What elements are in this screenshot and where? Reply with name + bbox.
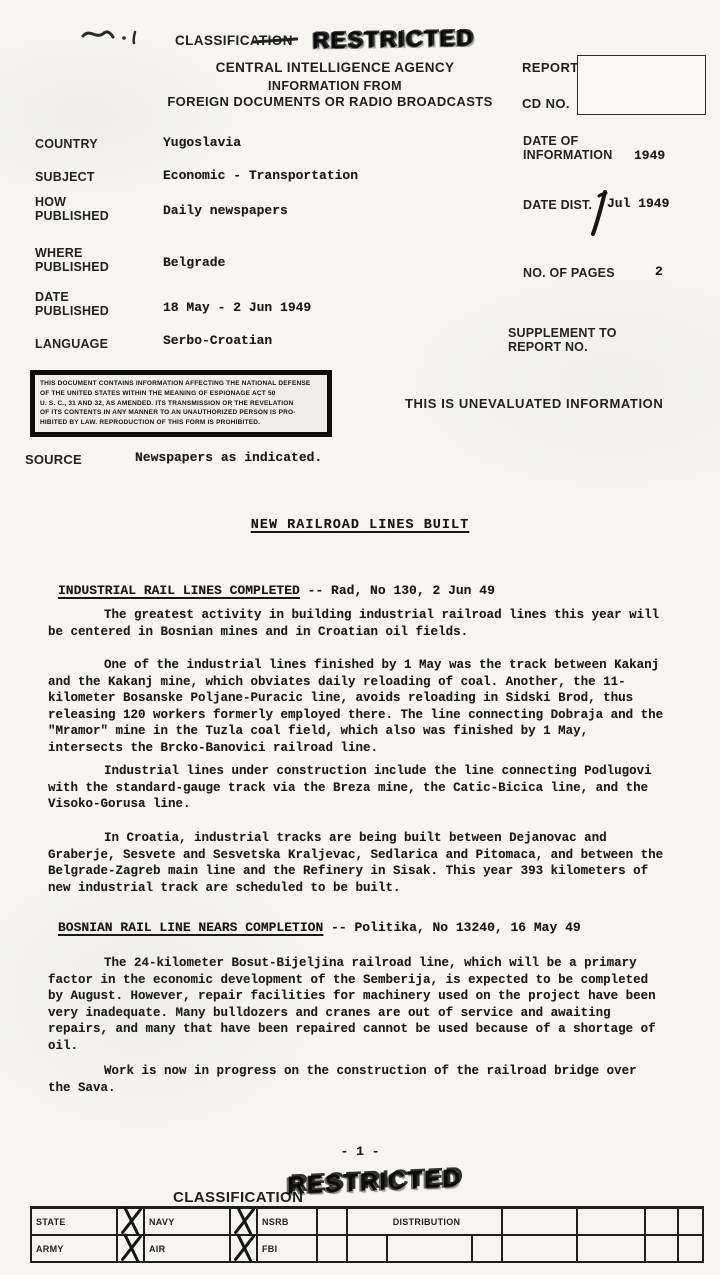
- warning-line: U. S. C., 31 AND 32, AS AMENDED. ITS TRA…: [40, 399, 322, 409]
- date-of-information-value: 1949: [634, 148, 665, 163]
- warning-line: OF THE UNITED STATES WITHIN THE MEANING …: [40, 389, 322, 399]
- table-row: STATE NAVY NSRB DISTRIBUTION: [31, 1208, 703, 1236]
- check-x-mark: [118, 1231, 143, 1265]
- dist-empty-cell: [678, 1208, 703, 1236]
- section-1-heading-source: -- Rad, No 130, 2 Jun 49: [300, 583, 495, 598]
- dist-checkbox-air: [230, 1235, 257, 1262]
- dist-cell-army: ARMY: [31, 1235, 117, 1262]
- dist-empty-cell: [387, 1235, 472, 1262]
- handwritten-squiggle: [80, 24, 144, 48]
- dist-cell-nsrb: NSRB: [257, 1208, 317, 1236]
- language-value: Serbo-Croatian: [163, 333, 272, 348]
- info-from-line1: INFORMATION FROM: [165, 79, 505, 93]
- dist-empty-cell: [472, 1235, 502, 1262]
- handwritten-date-mark: [589, 190, 609, 236]
- dist-empty-cell: [347, 1235, 387, 1262]
- unevaluated-note: THIS IS UNEVALUATED INFORMATION: [405, 396, 663, 411]
- warning-line: HIBITED BY LAW. REPRODUCTION OF THIS FOR…: [40, 418, 322, 428]
- how-published-value: Daily newspapers: [163, 203, 288, 218]
- cd-no-label: CD NO.: [522, 96, 570, 111]
- warning-line: OF ITS CONTENTS IN ANY MANNER TO AN UNAU…: [40, 408, 322, 418]
- source-label: SOURCE: [25, 452, 82, 467]
- no-of-pages-value: 2: [655, 264, 663, 279]
- security-warning-box: THIS DOCUMENT CONTAINS INFORMATION AFFEC…: [30, 370, 332, 437]
- no-of-pages-label: NO. OF PAGES: [523, 266, 615, 280]
- paragraph: One of the industrial lines finished by …: [48, 657, 666, 756]
- paragraph: In Croatia, industrial tracks are being …: [48, 830, 666, 896]
- date-published-value: 18 May - 2 Jun 1949: [163, 300, 311, 315]
- how-published-label-line1: HOW: [35, 196, 109, 210]
- supplement-label-line1: SUPPLEMENT TO: [508, 327, 617, 341]
- paragraph: The 24-kilometer Bosut-Bijeljina railroa…: [48, 955, 666, 1054]
- dist-empty-cell: [502, 1235, 577, 1262]
- supplement-label-line2: REPORT NO.: [508, 341, 617, 355]
- distribution-header-cell: DISTRIBUTION: [347, 1208, 502, 1236]
- dist-empty-cell: [678, 1235, 703, 1262]
- subject-label: SUBJECT: [35, 170, 95, 184]
- country-label: COUNTRY: [35, 137, 98, 151]
- distribution-table: STATE NAVY NSRB DISTRIBUTION ARMY AIR FB…: [30, 1206, 704, 1263]
- paragraph: Industrial lines under construction incl…: [48, 763, 666, 813]
- where-published-label-line1: WHERE: [35, 247, 109, 261]
- dist-empty-cell: [645, 1208, 678, 1236]
- dist-empty-cell: [645, 1235, 678, 1262]
- date-published-label-line1: DATE: [35, 291, 109, 305]
- dist-empty-cell: [502, 1208, 577, 1236]
- check-x-mark: [231, 1231, 256, 1265]
- where-published-label-line2: PUBLISHED: [35, 261, 109, 275]
- where-published-value: Belgrade: [163, 255, 225, 270]
- dist-cell-fbi: FBI: [257, 1235, 317, 1262]
- date-of-information-label-line2: INFORMATION: [523, 149, 612, 163]
- dist-cell-state: STATE: [31, 1208, 117, 1236]
- dist-checkbox-army: [117, 1235, 144, 1262]
- dist-cell-navy: NAVY: [144, 1208, 230, 1236]
- report-label: REPORT: [522, 60, 579, 75]
- section-1-heading: INDUSTRIAL RAIL LINES COMPLETED: [58, 583, 300, 598]
- page-number: - 1 -: [0, 1144, 720, 1159]
- section-2-heading-source: -- Politika, No 13240, 16 May 49: [323, 920, 580, 935]
- country-value: Yugoslavia: [163, 135, 241, 150]
- restricted-stamp-bottom: RESTRICTED: [287, 1164, 462, 1201]
- document-title: NEW RAILROAD LINES BUILT: [251, 518, 469, 533]
- section-2-heading: BOSNIAN RAIL LINE NEARS COMPLETION: [58, 920, 323, 935]
- how-published-label-line2: PUBLISHED: [35, 210, 109, 224]
- report-number-box: [577, 55, 706, 115]
- date-of-information-label-line1: DATE OF: [523, 135, 612, 149]
- dist-empty-cell: [577, 1208, 645, 1236]
- table-row: ARMY AIR FBI: [31, 1235, 703, 1262]
- restricted-stamp-top: RESTRICTED: [312, 25, 474, 55]
- dist-empty-cell: [577, 1235, 645, 1262]
- agency-title: CENTRAL INTELLIGENCE AGENCY: [165, 60, 505, 75]
- dist-cell-air: AIR: [144, 1235, 230, 1262]
- dist-checkbox-fbi: [317, 1235, 347, 1262]
- language-label: LANGUAGE: [35, 337, 108, 351]
- date-published-label-line2: PUBLISHED: [35, 305, 109, 319]
- document-page: CLASSIFICATION RESTRICTED CENTRAL INTELL…: [0, 0, 720, 1275]
- warning-line: THIS DOCUMENT CONTAINS INFORMATION AFFEC…: [40, 379, 322, 389]
- dist-checkbox-nsrb: [317, 1208, 347, 1236]
- date-dist-label: DATE DIST.: [523, 198, 592, 212]
- info-from-line2: FOREIGN DOCUMENTS OR RADIO BROADCASTS: [140, 94, 520, 109]
- date-dist-value: Jul 1949: [607, 196, 669, 211]
- paragraph: Work is now in progress on the construct…: [48, 1063, 666, 1096]
- source-value: Newspapers as indicated.: [135, 450, 322, 465]
- paragraph: The greatest activity in building indust…: [48, 607, 666, 640]
- subject-value: Economic - Transportation: [163, 168, 358, 183]
